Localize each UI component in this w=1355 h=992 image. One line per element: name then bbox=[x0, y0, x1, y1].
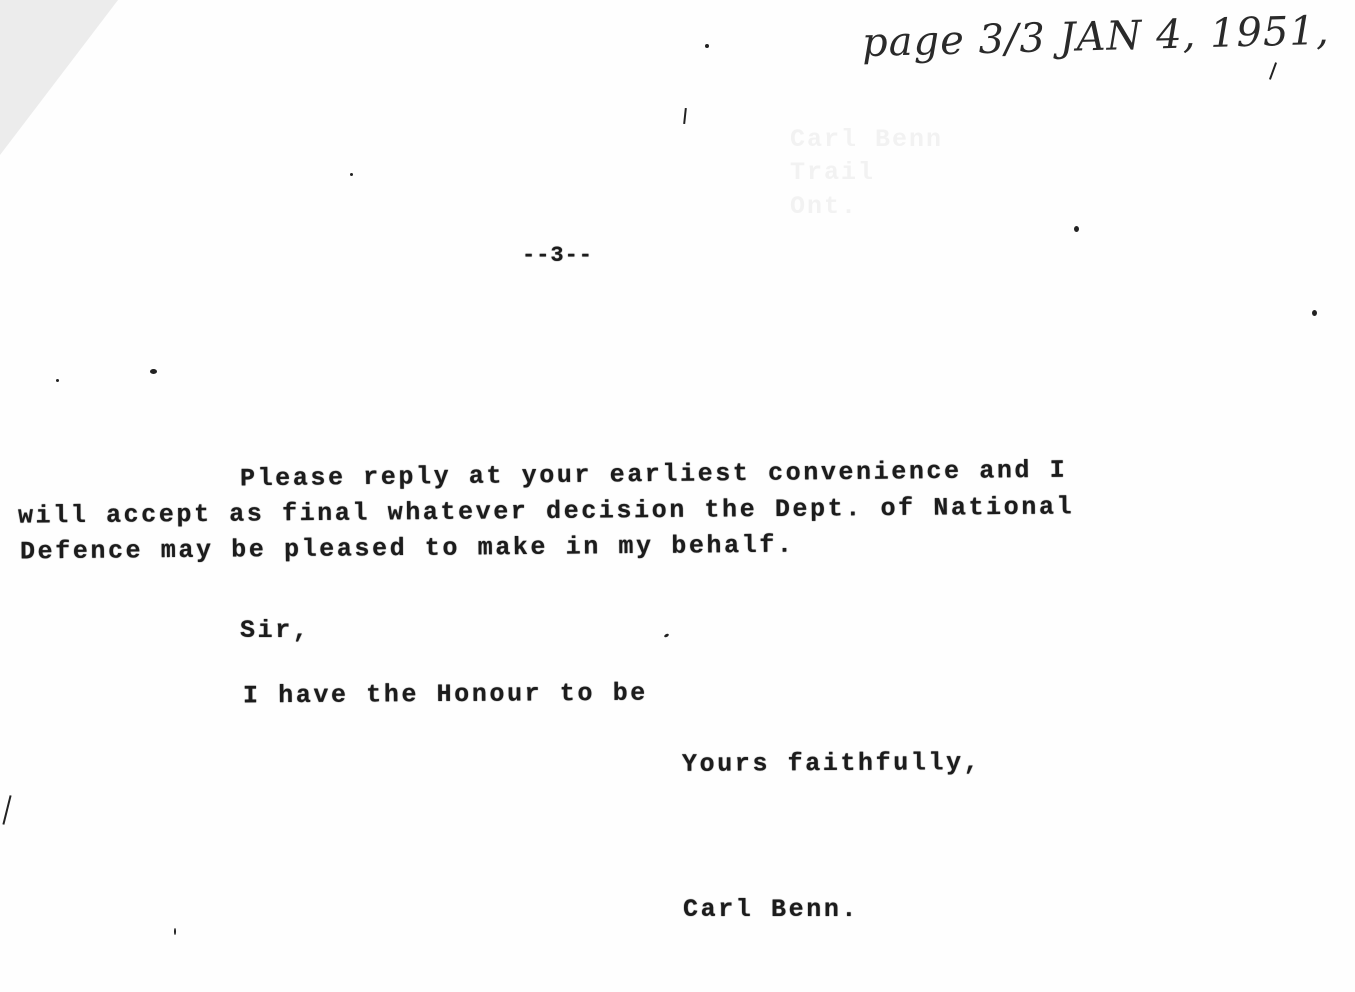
bleed-through-text: Carl Benn bbox=[790, 125, 943, 154]
honour-line: I have the Honour to be bbox=[243, 679, 648, 711]
scanned-letter-page: page 3/3 JAN 4, 1951, Carl Benn Trail On… bbox=[0, 0, 1355, 992]
body-line: Defence may be pleased to make in my beh… bbox=[20, 531, 795, 567]
scan-speck bbox=[664, 633, 670, 638]
scan-speck bbox=[1312, 310, 1317, 316]
handwritten-page-date-note: page 3/3 JAN 4, 1951, bbox=[861, 8, 1330, 66]
scan-speck bbox=[174, 928, 176, 935]
scan-speck bbox=[56, 379, 59, 382]
body-line: Please reply at your earliest convenienc… bbox=[240, 456, 1068, 494]
scan-speck bbox=[150, 369, 157, 374]
scan-speck bbox=[350, 173, 353, 176]
scan-speck bbox=[1074, 226, 1079, 232]
scan-mark bbox=[683, 108, 687, 124]
bleed-through-text: Trail bbox=[790, 158, 875, 187]
salutation: Sir, bbox=[240, 616, 310, 645]
signature: Carl Benn. bbox=[683, 895, 859, 924]
body-line: will accept as final whatever decision t… bbox=[18, 492, 1074, 530]
closing: Yours faithfully, bbox=[682, 748, 981, 779]
scan-speck bbox=[705, 44, 709, 48]
page-number: --3-- bbox=[522, 243, 593, 268]
scan-mark bbox=[2, 795, 11, 825]
bleed-through-text: Ont. bbox=[790, 192, 858, 221]
scan-mark bbox=[1269, 62, 1277, 80]
folded-corner bbox=[0, 0, 118, 155]
